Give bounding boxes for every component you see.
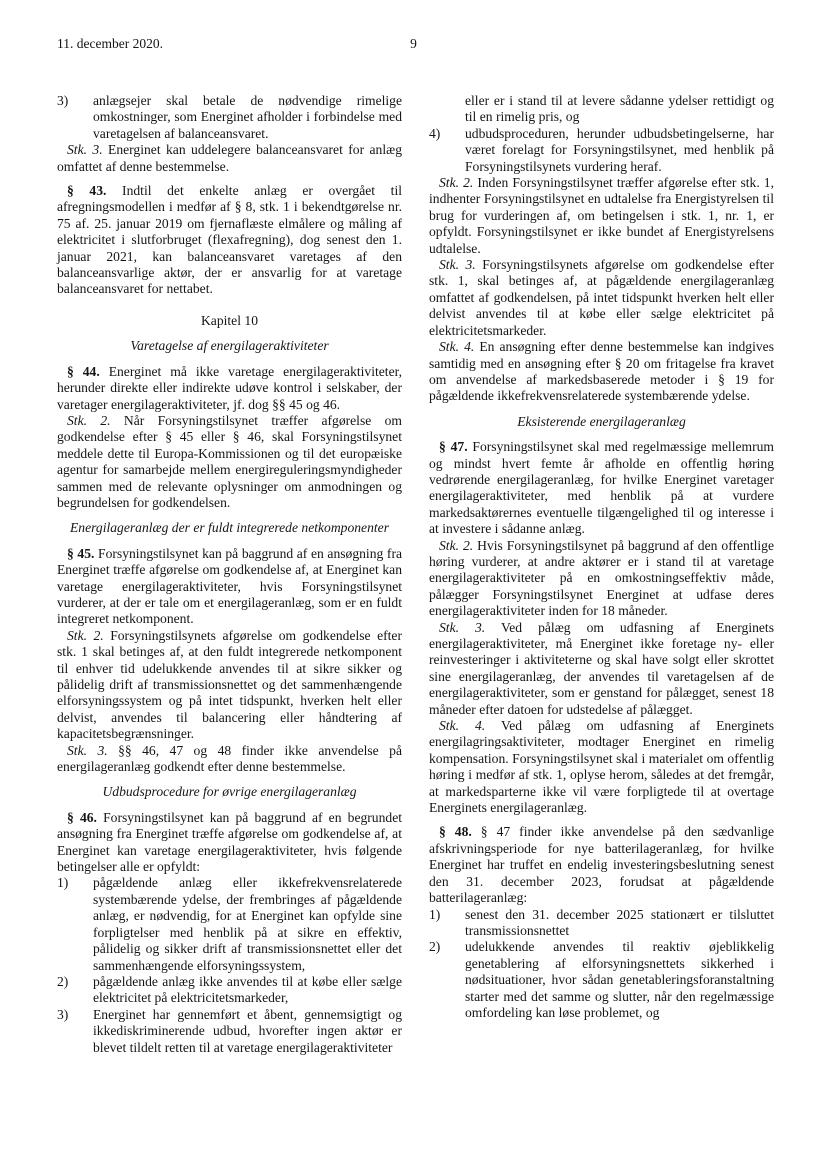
chapter-heading: Kapitel 10	[57, 313, 402, 329]
paragraph: Stk. 2. Inden Forsyningstilsynet træffer…	[429, 175, 774, 257]
page-number: 9	[57, 36, 770, 52]
paragraph-section-label: § 48.	[439, 824, 472, 839]
paragraph-section-label: § 43.	[67, 183, 106, 198]
document-page: 11. december 2020. 9 3)anlægsejer skal b…	[0, 0, 827, 1169]
paragraph: § 44. Energinet må ikke varetage energil…	[57, 364, 402, 413]
paragraph: § 48. § 47 finder ikke anvendelse på den…	[429, 824, 774, 906]
list-item: 1)pågældende anlæg eller ikkefrekvensrel…	[57, 875, 402, 973]
paragraph: § 43. Indtil det enkelte anlæg er overgå…	[57, 183, 402, 298]
paragraph: Stk. 3. §§ 46, 47 og 48 finder ikke anve…	[57, 743, 402, 776]
paragraph: Stk. 4. En ansøgning efter denne bestemm…	[429, 339, 774, 405]
section-heading: Eksisterende energilageranlæg	[429, 414, 774, 430]
list-item-number: 1)	[429, 907, 440, 923]
list-item-text: senest den 31. december 2025 stationært …	[465, 907, 774, 938]
page-header: 11. december 2020. 9	[57, 36, 770, 54]
paragraph: Stk. 2. Hvis Forsyningstilsynet på baggr…	[429, 538, 774, 620]
list-item: 3)anlægsejer skal betale de nødvendige r…	[57, 93, 402, 142]
list-item-number: 4)	[429, 126, 440, 142]
paragraph-section-label: § 45.	[67, 546, 94, 561]
paragraph-stk-label: Stk. 2.	[439, 175, 473, 190]
paragraph-stk-label: Stk. 2.	[439, 538, 473, 553]
list-item-text: anlægsejer skal betale de nødvendige rim…	[93, 93, 402, 141]
paragraph: § 47. Forsyningstilsynet skal med regelm…	[429, 439, 774, 537]
section-heading: Udbudsprocedure for øvrige energilageran…	[57, 784, 402, 800]
paragraph-stk-label: Stk. 3.	[439, 257, 476, 272]
section-heading: Energilageranlæg der er fuldt integrered…	[57, 520, 402, 536]
right-column: eller er i stand til at levere sådanne y…	[429, 93, 774, 1056]
list-item-text: pågældende anlæg ikke anvendes til at kø…	[93, 974, 402, 1005]
list-item: 4)udbudsproceduren, herunder udbudsbetin…	[429, 126, 774, 175]
paragraph-stk-label: Stk. 2.	[67, 413, 111, 428]
list-item: 1)senest den 31. december 2025 stationær…	[429, 907, 774, 940]
list-item-text: pågældende anlæg eller ikkefrekvensrelat…	[93, 875, 402, 972]
paragraph-stk-label: Stk. 3.	[67, 142, 103, 157]
paragraph: Stk. 3. Forsyningstilsynets afgørelse om…	[429, 257, 774, 339]
section-heading: Varetagelse af energilageraktiviteter	[57, 338, 402, 354]
list-item: eller er i stand til at levere sådanne y…	[429, 93, 774, 126]
list-item-number: 3)	[57, 93, 68, 109]
paragraph-section-label: § 46.	[67, 810, 97, 825]
list-item-number: 1)	[57, 875, 68, 891]
paragraph: § 45. Forsyningstilsynet kan på baggrund…	[57, 546, 402, 628]
list-item-number: 2)	[57, 974, 68, 990]
list-item-text: udbudsproceduren, herunder udbudsbetinge…	[465, 126, 774, 174]
paragraph: Stk. 2. Når Forsyningstilsynet træffer a…	[57, 413, 402, 511]
left-column: 3)anlægsejer skal betale de nødvendige r…	[57, 93, 402, 1056]
paragraph: Stk. 4. Ved pålæg om udfasning af Energi…	[429, 718, 774, 816]
list-item-text: udelukkende anvendes til reaktiv øjeblik…	[465, 939, 774, 1020]
list-item-text: Energinet har gennemført et åbent, genne…	[93, 1007, 402, 1055]
text-body: 3)anlægsejer skal betale de nødvendige r…	[57, 93, 774, 1056]
paragraph-stk-label: Stk. 3.	[67, 743, 108, 758]
paragraph: Stk. 3. Energinet kan uddelegere balance…	[57, 142, 402, 175]
list-item-text: eller er i stand til at levere sådanne y…	[465, 93, 774, 124]
paragraph: § 46. Forsyningstilsynet kan på baggrund…	[57, 810, 402, 876]
paragraph-stk-label: Stk. 4.	[439, 718, 485, 733]
list-item-number: 3)	[57, 1007, 68, 1023]
paragraph: Stk. 2. Forsyningstilsynets afgørelse om…	[57, 628, 402, 743]
list-item: 3)Energinet har gennemført et åbent, gen…	[57, 1007, 402, 1056]
paragraph: Stk. 3. Ved pålæg om udfasning af Energi…	[429, 620, 774, 718]
list-item: 2)pågældende anlæg ikke anvendes til at …	[57, 974, 402, 1007]
paragraph-stk-label: Stk. 2.	[67, 628, 104, 643]
list-item: 2)udelukkende anvendes til reaktiv øjebl…	[429, 939, 774, 1021]
paragraph-stk-label: Stk. 4.	[439, 339, 474, 354]
list-item-number: 2)	[429, 939, 440, 955]
paragraph-stk-label: Stk. 3.	[439, 620, 485, 635]
paragraph-section-label: § 44.	[67, 364, 100, 379]
paragraph-section-label: § 47.	[439, 439, 468, 454]
